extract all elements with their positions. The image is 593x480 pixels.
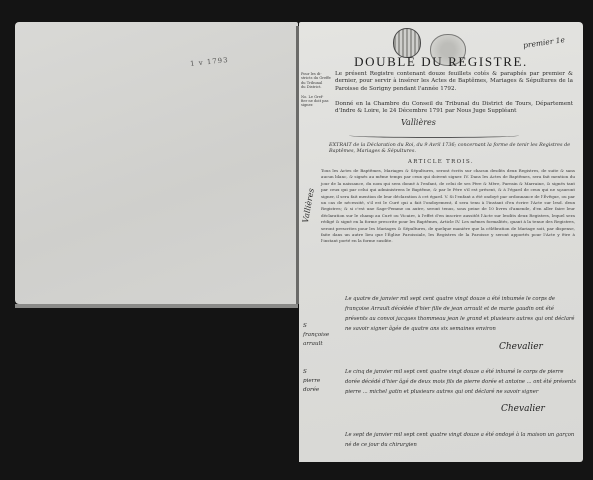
tribunal-statement: Donné en la Chambre du Conseil du Tribun… xyxy=(335,101,573,116)
signature-flourish xyxy=(349,133,519,138)
right-page-register: premier 1e DOUBLE DU REGISTRE. Pour les … xyxy=(299,22,583,462)
baptism-entry-3: Le sept de janvier mil sept cent quatre … xyxy=(345,430,577,450)
pencil-mark: 1 v 1793 xyxy=(190,56,229,68)
article-heading: ARTICLE TROIS. xyxy=(299,159,583,165)
entry-1-margin: S françoise arrault xyxy=(303,322,329,349)
entry-2-margin: S pierre dorée xyxy=(303,368,320,395)
folio-annotation: premier 1e xyxy=(523,35,566,50)
margin-note-2: No. Le Gref- fier ne doit pas signer. xyxy=(301,95,331,108)
page-title: DOUBLE DU REGISTRE. xyxy=(299,54,583,70)
left-page-edge xyxy=(15,304,298,308)
margin-notes: Pour les di- stricts du Greffe du Tribun… xyxy=(301,72,331,108)
burial-entry-1: Le quatre de janvier mil sept cent quatr… xyxy=(345,294,577,334)
extract-heading: EXTRAIT de la Déclaration du Roi, du 9 A… xyxy=(329,142,577,155)
left-page-blank: 1 v 1793 xyxy=(15,22,298,304)
priest-signature-2: Chevalier xyxy=(501,404,545,414)
vertical-margin-signature: Vallières xyxy=(301,188,316,224)
burial-entry-2: Le cinq de janvier mil sept cent quatre … xyxy=(345,367,577,397)
declaration-text: Tous les Actes de Baptêmes, Mariages & S… xyxy=(321,168,575,245)
judge-signature: Vallières xyxy=(401,118,436,127)
margin-note-1: Pour les di- stricts du Greffe du Tribun… xyxy=(301,72,331,90)
priest-signature-1: Chevalier xyxy=(499,342,543,352)
register-description: Le présent Registre contenant douze feui… xyxy=(335,71,573,93)
